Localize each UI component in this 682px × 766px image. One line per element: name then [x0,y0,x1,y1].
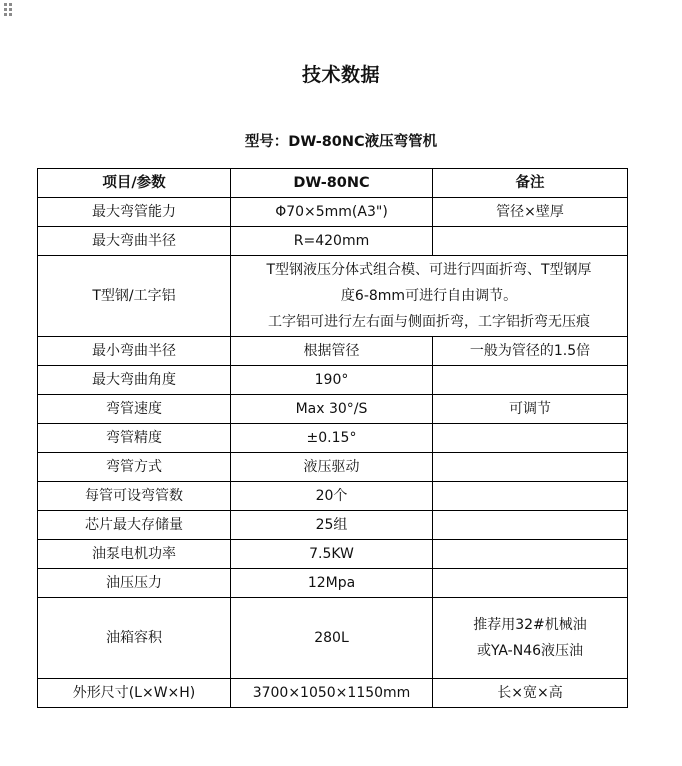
row-note [433,453,628,482]
model-subtitle: 型号：DW-80NC液压弯管机 [0,130,682,151]
row-item: 芯片最大存储量 [38,511,231,540]
row-item: 油压压力 [38,569,231,598]
row-value: Φ70×5mm(A3") [231,198,433,227]
row-note: 长×宽×高 [433,679,628,708]
table-row: 油压压力 12Mpa [38,569,628,598]
row-value: 7.5KW [231,540,433,569]
table-row: 最大弯曲角度 190° [38,366,628,395]
page-title: 技术数据 [0,60,682,87]
row-note: 管径×壁厚 [433,198,628,227]
table-row: 弯管精度 ±0.15° [38,424,628,453]
row-item: 弯管精度 [38,424,231,453]
row-note [433,511,628,540]
row-item: 弯管方式 [38,453,231,482]
table-row: 油泵电机功率 7.5KW [38,540,628,569]
row-item: 每管可设弯管数 [38,482,231,511]
description-line: T型钢液压分体式组合模、可进行四面折弯、T型钢厚 [235,257,623,283]
description-line: 工字铝可进行左右面与侧面折弯，工字铝折弯无压痕 [235,309,623,335]
row-value: 12Mpa [231,569,433,598]
spec-table: 项目/参数 DW-80NC 备注 最大弯管能力 Φ70×5mm(A3") 管径×… [37,168,628,708]
header-item: 项目/参数 [38,169,231,198]
table-row: 最小弯曲半径 根据管径 一般为管径的1.5倍 [38,337,628,366]
row-item: T型钢/工字铝 [38,256,231,337]
table-row: 最大弯管能力 Φ70×5mm(A3") 管径×壁厚 [38,198,628,227]
table-row: 油箱容积 280L 推荐用32#机械油 或YA-N46液压油 [38,598,628,679]
row-note [433,482,628,511]
row-note: 可调节 [433,395,628,424]
row-value: 190° [231,366,433,395]
row-value: ±0.15° [231,424,433,453]
description-line: 度6-8mm可进行自由调节。 [235,283,623,309]
row-note [433,227,628,256]
row-value: 20个 [231,482,433,511]
row-note: 推荐用32#机械油 或YA-N46液压油 [433,598,628,679]
table-header-row: 项目/参数 DW-80NC 备注 [38,169,628,198]
row-item: 弯管速度 [38,395,231,424]
row-value: Max 30°/S [231,395,433,424]
row-value: 280L [231,598,433,679]
table-row: T型钢/工字铝 T型钢液压分体式组合模、可进行四面折弯、T型钢厚 度6-8mm可… [38,256,628,337]
row-note [433,540,628,569]
row-item: 最小弯曲半径 [38,337,231,366]
header-model: DW-80NC [231,169,433,198]
row-note [433,366,628,395]
table-row: 弯管速度 Max 30°/S 可调节 [38,395,628,424]
table-row: 外形尺寸(L×W×H) 3700×1050×1150mm 长×宽×高 [38,679,628,708]
row-note: 一般为管径的1.5倍 [433,337,628,366]
row-item: 油泵电机功率 [38,540,231,569]
row-item: 油箱容积 [38,598,231,679]
row-item: 外形尺寸(L×W×H) [38,679,231,708]
table-row: 弯管方式 液压驱动 [38,453,628,482]
row-item: 最大弯曲半径 [38,227,231,256]
row-merged-description: T型钢液压分体式组合模、可进行四面折弯、T型钢厚 度6-8mm可进行自由调节。 … [231,256,628,337]
row-value: R=420mm [231,227,433,256]
row-value: 3700×1050×1150mm [231,679,433,708]
row-note [433,424,628,453]
row-value: 根据管径 [231,337,433,366]
row-value: 25组 [231,511,433,540]
table-row: 芯片最大存储量 25组 [38,511,628,540]
row-value: 液压驱动 [231,453,433,482]
header-note: 备注 [433,169,628,198]
drag-handle-icon[interactable] [4,3,12,17]
row-item: 最大弯管能力 [38,198,231,227]
note-line: 推荐用32#机械油 [437,612,623,638]
row-note [433,569,628,598]
table-row: 最大弯曲半径 R=420mm [38,227,628,256]
table-row: 每管可设弯管数 20个 [38,482,628,511]
note-line: 或YA-N46液压油 [437,638,623,664]
row-item: 最大弯曲角度 [38,366,231,395]
